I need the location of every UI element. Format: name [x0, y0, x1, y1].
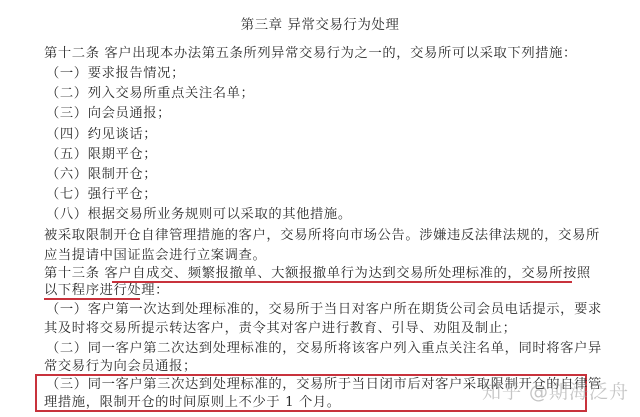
announcement-paragraph-line1: 被采取限制开仓自律管理措施的客户，交易所将向市场公告。涉嫌违反法律法规的，交易所 — [44, 227, 600, 245]
red-underline-2 — [44, 298, 140, 300]
procedure-2-line1: （二）同一客户第二次达到处理标准的，交易所将该客户列入重点关注名单，同时将客户异 — [46, 340, 602, 358]
red-underline-1 — [112, 281, 572, 283]
measure-6: （六）限制开仓； — [46, 166, 157, 184]
measure-1: （一）要求报告情况； — [46, 65, 185, 83]
procedure-1-line1: （一）客户第一次达到处理标准的，交易所于当日对客户所在期货公司会员电话提示，要求 — [46, 301, 602, 319]
measure-2: （二）列入交易所重点关注名单； — [46, 85, 254, 103]
announcement-paragraph-line2: 应当提请中国证监会进行立案调查。 — [44, 247, 266, 265]
procedure-1-line2: 其及时将交易所提示转达客户，责令其对客户进行教育、引导、劝阻及制止； — [44, 320, 517, 338]
zhihu-watermark: 知乎 @期海泛舟 — [482, 377, 629, 404]
measure-5: （五）限期平仓； — [46, 146, 157, 164]
procedure-3-line2: 理措施，限制开仓的时间原则上不少于 1 个月。 — [44, 394, 341, 412]
measure-7: （七）强行平仓； — [46, 186, 157, 204]
measure-4: （四）约见谈话； — [46, 126, 157, 144]
measure-8: （八）根据交易所业务规则可以采取的其他措施。 — [46, 206, 352, 224]
measure-3: （三）向会员通报； — [46, 105, 171, 123]
chapter-title: 第三章 异常交易行为处理 — [0, 13, 640, 33]
article-12-intro: 第十二条 客户出现本办法第五条所列异常交易行为之一的，交易所可以采取下列措施： — [44, 45, 577, 63]
